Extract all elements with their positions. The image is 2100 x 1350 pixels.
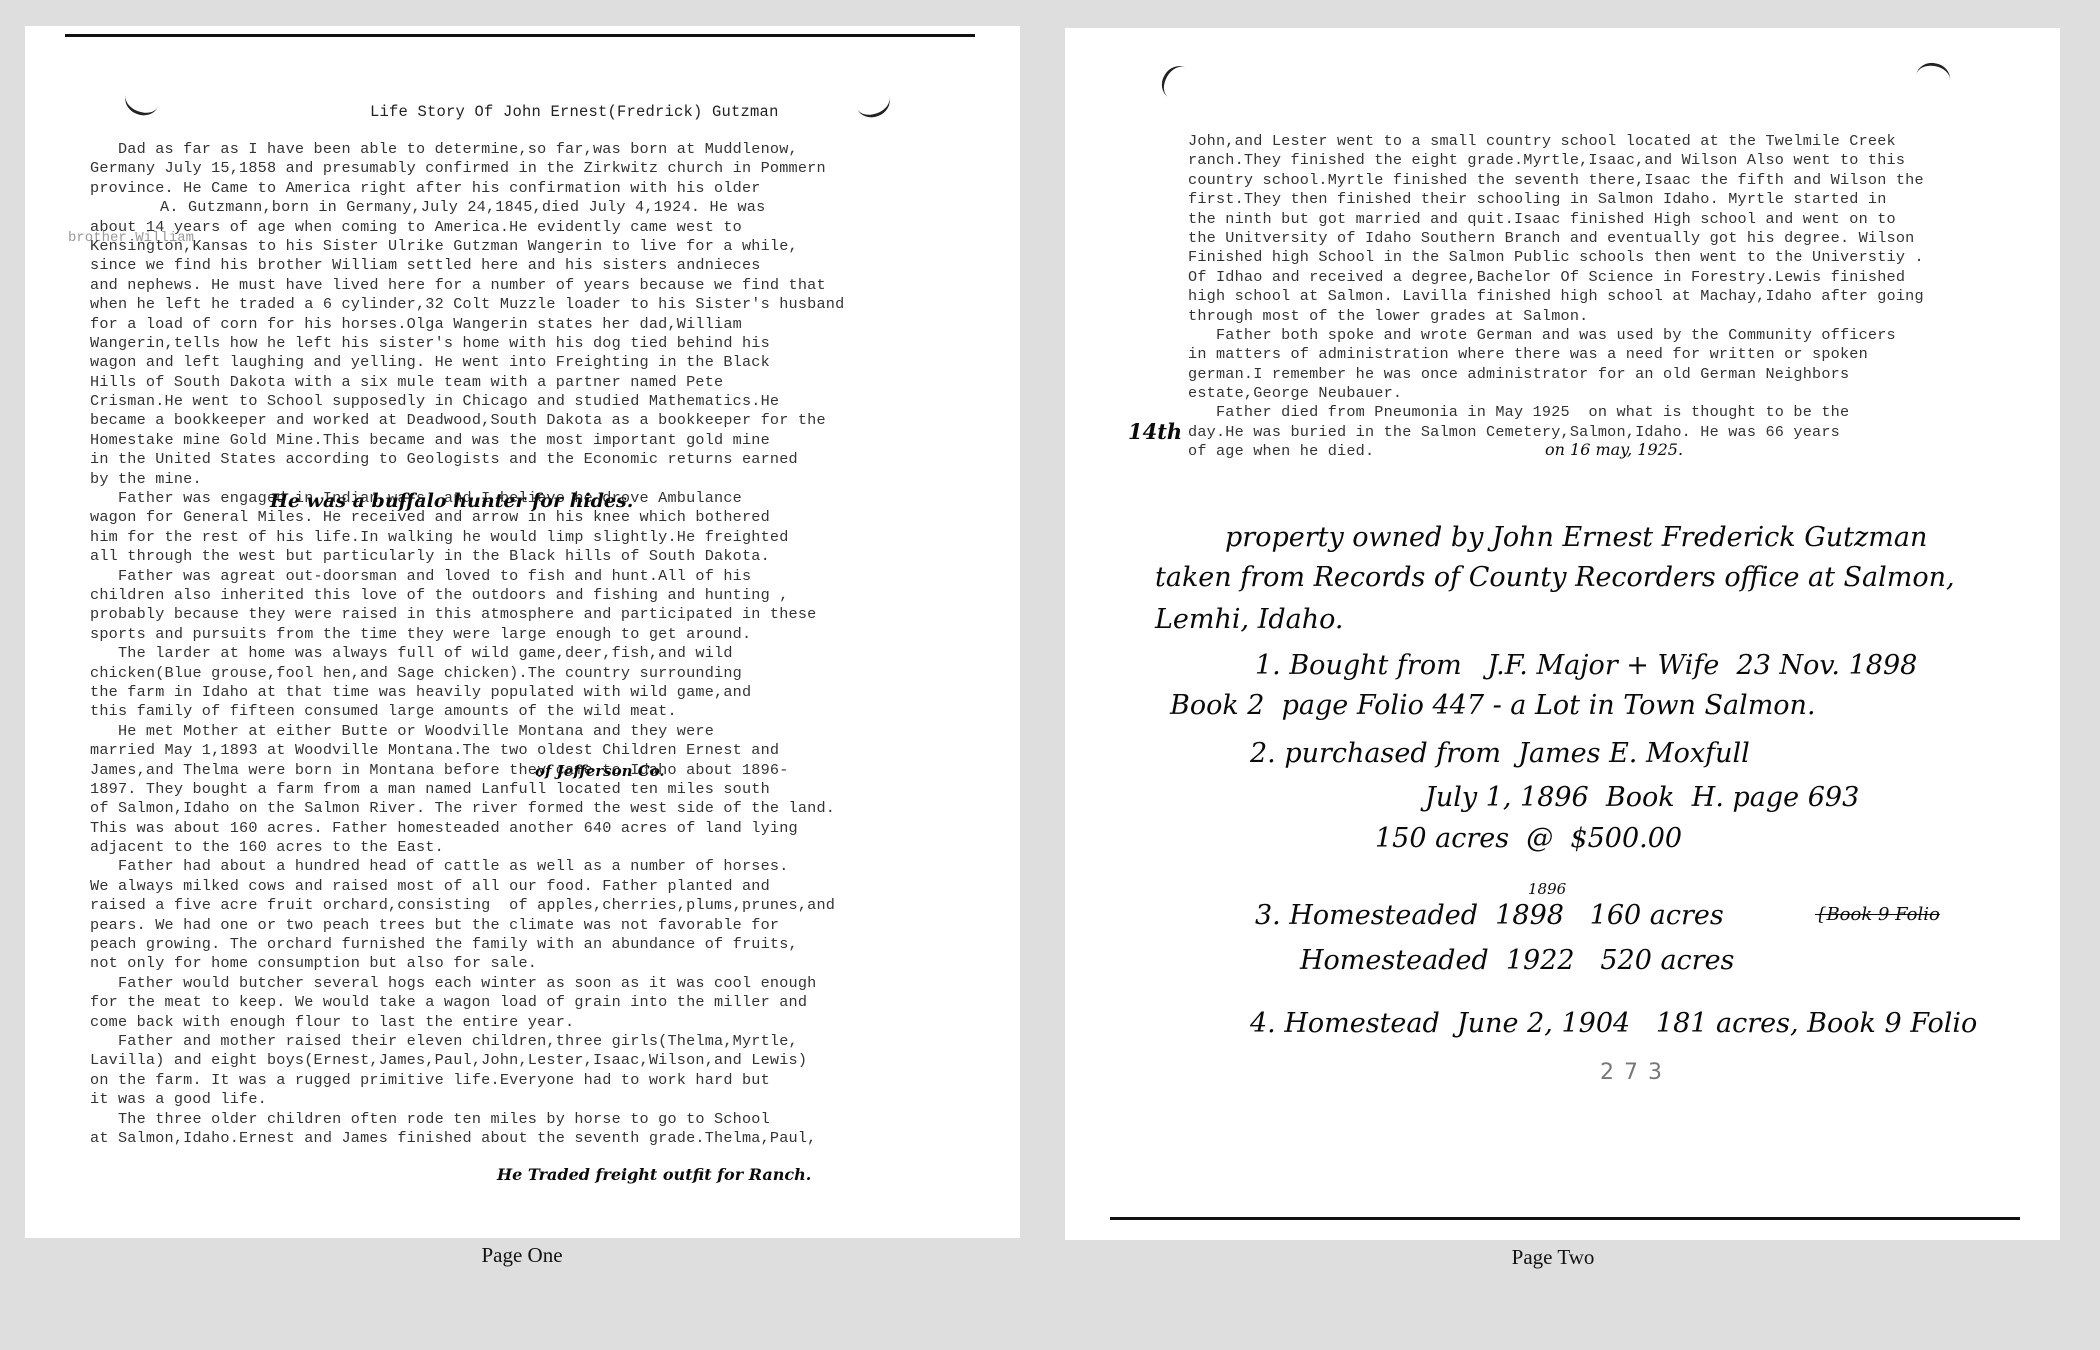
text-line: Father would butcher several hogs each w… xyxy=(90,974,844,993)
text-line: Dad as far as I have been able to determ… xyxy=(90,140,844,159)
text-line: probably because they were raised in thi… xyxy=(90,605,844,624)
text-line: The larder at home was always full of wi… xyxy=(90,644,844,663)
text-line: in matters of administration where there… xyxy=(1188,345,1924,364)
text-line: high school at Salmon. Lavilla finished … xyxy=(1188,287,1924,306)
handwritten-entry: 1. Bought from J.F. Major + Wife 23 Nov.… xyxy=(1255,650,1917,681)
text-line: on the farm. It was a rugged primitive l… xyxy=(90,1071,844,1090)
text-line: Father was agreat out-doorsman and loved… xyxy=(90,567,844,586)
handwritten-entry: Book 2 page Folio 447 - a Lot in Town Sa… xyxy=(1170,690,1816,721)
text-line: first.They then finished their schooling… xyxy=(1188,190,1924,209)
text-line: Hills of South Dakota with a six mule te… xyxy=(90,373,844,392)
handwritten-property-line-3: Lemhi, Idaho. xyxy=(1155,604,1344,635)
handwritten-note-buffalo: He was a buffalo hunter for hides. xyxy=(270,490,633,512)
text-line: Father died from Pneumonia in May 1925 o… xyxy=(1188,403,1924,422)
handwritten-entry: July 1, 1896 Book H. page 693 xyxy=(1425,782,1859,813)
text-line: This was about 160 acres. Father homeste… xyxy=(90,819,844,838)
text-line: ranch.They finished the eight grade.Myrt… xyxy=(1188,151,1924,170)
handwritten-entry: 150 acres @ $500.00 xyxy=(1375,823,1682,854)
text-line: 1897. They bought a farm from a man name… xyxy=(90,780,844,799)
text-line: became a bookkeeper and worked at Deadwo… xyxy=(90,411,844,430)
handwritten-death-date: on 16 may, 1925. xyxy=(1545,440,1683,459)
text-line: Kensington,Kansas to his Sister Ulrike G… xyxy=(90,237,844,256)
text-line: german.I remember he was once administra… xyxy=(1188,365,1924,384)
top-rule xyxy=(65,34,975,37)
text-line: for a load of corn for his horses.Olga W… xyxy=(90,315,844,334)
text-line: in the United States according to Geolog… xyxy=(90,450,844,469)
text-line: Germany July 15,1858 and presumably conf… xyxy=(90,159,844,178)
handwritten-correction: 1896 xyxy=(1528,880,1566,898)
page-one-body: Dad as far as I have been able to determ… xyxy=(90,140,844,1148)
text-line: Father and mother raised their eleven ch… xyxy=(90,1032,844,1051)
text-line: this family of fifteen consumed large am… xyxy=(90,702,844,721)
text-line: by the mine. xyxy=(90,470,844,489)
text-line: We always milked cows and raised most of… xyxy=(90,877,844,896)
handwritten-property-line-2: taken from Records of County Recorders o… xyxy=(1155,562,1955,593)
text-line: come back with enough flour to last the … xyxy=(90,1013,844,1032)
text-line: Father both spoke and wrote German and w… xyxy=(1188,326,1924,345)
text-line: Crisman.He went to School supposedly in … xyxy=(90,392,844,411)
binding-mark xyxy=(1914,60,1953,94)
binding-mark xyxy=(852,83,894,122)
text-line: peach growing. The orchard furnished the… xyxy=(90,935,844,954)
text-line: The three older children often rode ten … xyxy=(90,1110,844,1129)
page-two-body: John,and Lester went to a small country … xyxy=(1188,132,1924,462)
text-line: at Salmon,Idaho.Ernest and James finishe… xyxy=(90,1129,844,1148)
text-line: children also inherited this love of the… xyxy=(90,586,844,605)
text-line: and nephews. He must have lived here for… xyxy=(90,276,844,295)
binding-mark xyxy=(121,81,163,120)
text-line: him for the rest of his life.In walking … xyxy=(90,528,844,547)
text-line: Finished high School in the Salmon Publi… xyxy=(1188,248,1924,267)
text-line: province. He Came to America right after… xyxy=(90,179,844,198)
text-line: through most of the lower grades at Salm… xyxy=(1188,307,1924,326)
text-line: married May 1,1893 at Woodville Montana.… xyxy=(90,741,844,760)
text-line: A. Gutzmann,born in Germany,July 24,1845… xyxy=(160,198,844,217)
text-line: He met Mother at either Butte or Woodvil… xyxy=(90,722,844,741)
text-line: Lavilla) and eight boys(Ernest,James,Pau… xyxy=(90,1051,844,1070)
text-line: the ninth but got married and quit.Isaac… xyxy=(1188,210,1924,229)
text-line: it was a good life. xyxy=(90,1090,844,1109)
text-line: adjacent to the 160 acres to the East. xyxy=(90,838,844,857)
handwritten-entry: 3. Homesteaded 1898 160 acres xyxy=(1255,900,1724,931)
struck-text: {Book 9 Folio xyxy=(1815,904,1940,925)
text-line: the Unitversity of Idaho Southern Branch… xyxy=(1188,229,1924,248)
text-line: Wangerin,tells how he left his sister's … xyxy=(90,334,844,353)
text-line: about 14 years of age when coming to Ame… xyxy=(90,218,844,237)
page-two-caption: Page Two xyxy=(1453,1245,1653,1270)
text-line: for the meat to keep. We would take a wa… xyxy=(90,993,844,1012)
text-line: sports and pursuits from the time they w… xyxy=(90,625,844,644)
handwritten-note-jefferson: of Jefferson Co. xyxy=(535,762,665,780)
text-line: when he left he traded a 6 cylinder,32 C… xyxy=(90,295,844,314)
text-line: John,and Lester went to a small country … xyxy=(1188,132,1924,151)
handwritten-day-margin: 14th xyxy=(1128,419,1182,444)
text-line: country school.Myrtle finished the seven… xyxy=(1188,171,1924,190)
text-line: all through the west but particularly in… xyxy=(90,547,844,566)
handwritten-entry: 4. Homestead June 2, 1904 181 acres, Boo… xyxy=(1250,1008,1977,1039)
text-line: Father had about a hundred head of cattl… xyxy=(90,857,844,876)
handwritten-entry: Homesteaded 1922 520 acres xyxy=(1300,945,1734,976)
bottom-rule xyxy=(1110,1217,2020,1220)
text-line: wagon and left laughing and yelling. He … xyxy=(90,353,844,372)
handwritten-note-ranch: He Traded freight outfit for Ranch. xyxy=(497,1165,811,1184)
text-line: James,and Thelma were born in Montana be… xyxy=(90,761,844,780)
text-line: estate,George Neubauer. xyxy=(1188,384,1924,403)
page-one-caption: Page One xyxy=(422,1243,622,1268)
text-line: since we find his brother William settle… xyxy=(90,256,844,275)
text-line: not only for home consumption but also f… xyxy=(90,954,844,973)
handwritten-entry: 2. purchased from James E. Moxfull xyxy=(1250,738,1750,769)
text-line: the farm in Idaho at that time was heavi… xyxy=(90,683,844,702)
text-line: pears. We had one or two peach trees but… xyxy=(90,916,844,935)
text-line: chicken(Blue grouse,fool hen,and Sage ch… xyxy=(90,664,844,683)
page-stamp-number: 273 xyxy=(1600,1060,1672,1085)
text-line: of Salmon,Idaho on the Salmon River. The… xyxy=(90,799,844,818)
text-line: raised a five acre fruit orchard,consist… xyxy=(90,896,844,915)
handwritten-property-line-1: property owned by John Ernest Frederick … xyxy=(1225,522,1927,553)
text-line: Of Idhao and received a degree,Bachelor … xyxy=(1188,268,1924,287)
binding-mark xyxy=(1156,61,1198,105)
document-title: Life Story Of John Ernest(Fredrick) Gutz… xyxy=(370,103,779,122)
text-line: Homestake mine Gold Mine.This became and… xyxy=(90,431,844,450)
